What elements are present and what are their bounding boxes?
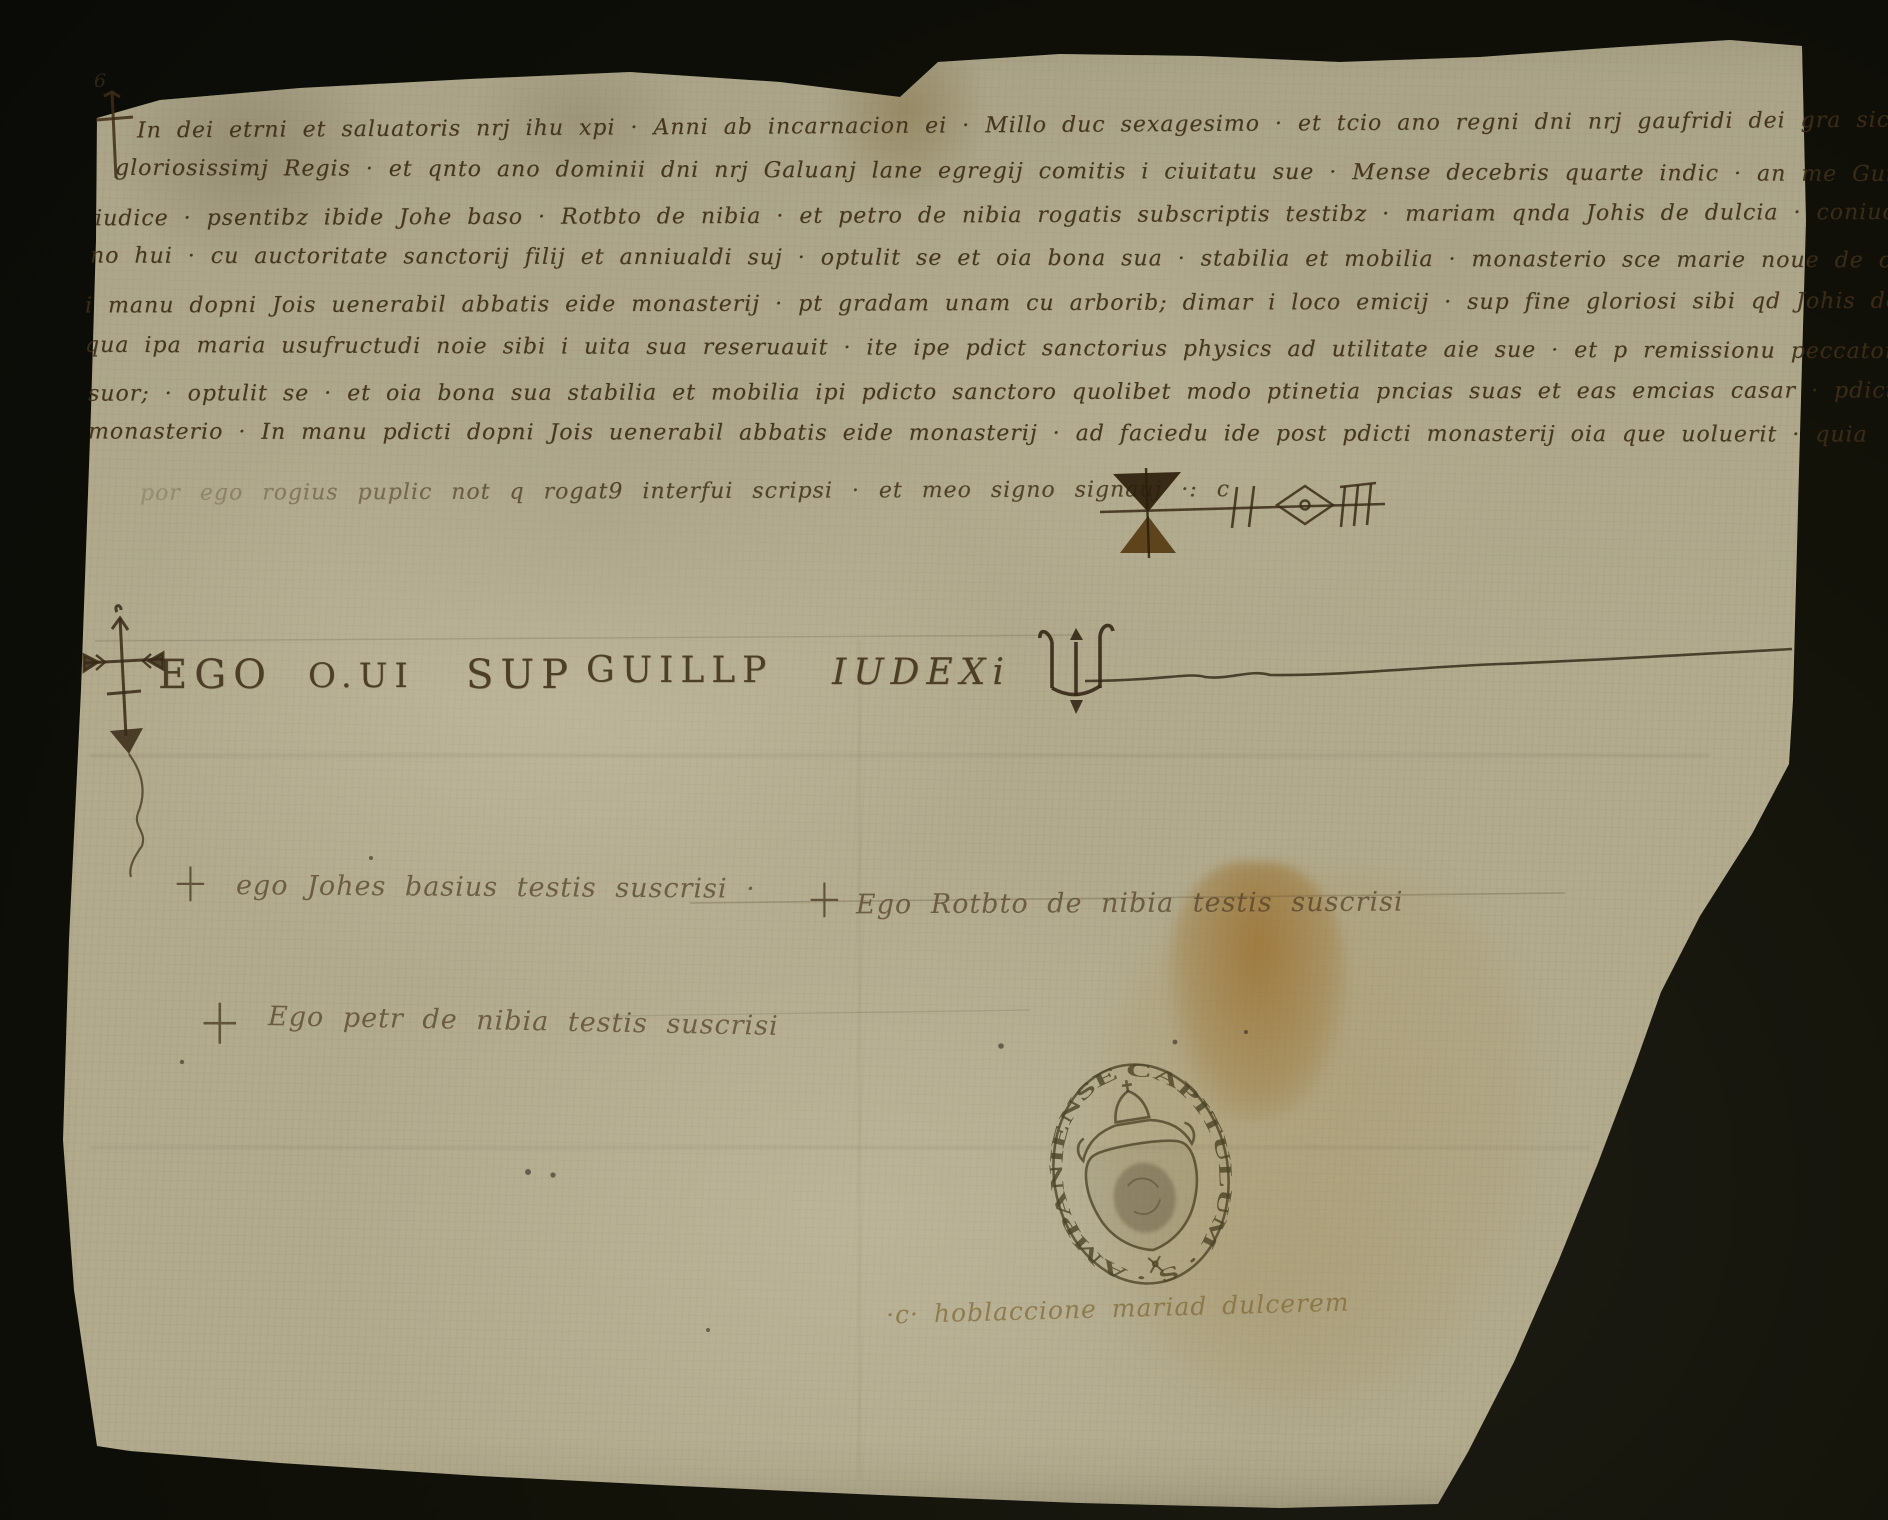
notarial-cross-icon	[84, 606, 163, 877]
archive-stamp: CAPITULUM · S · AMPANIENSE	[1046, 1052, 1236, 1297]
stamp-shield-icon	[1082, 1135, 1208, 1258]
signum-trident-icon	[1040, 625, 1113, 714]
notary-sign-hourglass-icon	[1113, 468, 1181, 558]
charter-photograph: 6 In dei etrni et saluatoris nrj ihu xpi…	[0, 0, 1888, 1520]
ink-marks-layer	[0, 0, 1888, 1520]
ruling-line	[612, 1010, 1030, 1016]
ruling-line	[95, 635, 1080, 641]
signature-rule-line	[95, 635, 1792, 681]
ruling-line	[690, 893, 1565, 903]
opening-cross-icon	[96, 92, 133, 178]
